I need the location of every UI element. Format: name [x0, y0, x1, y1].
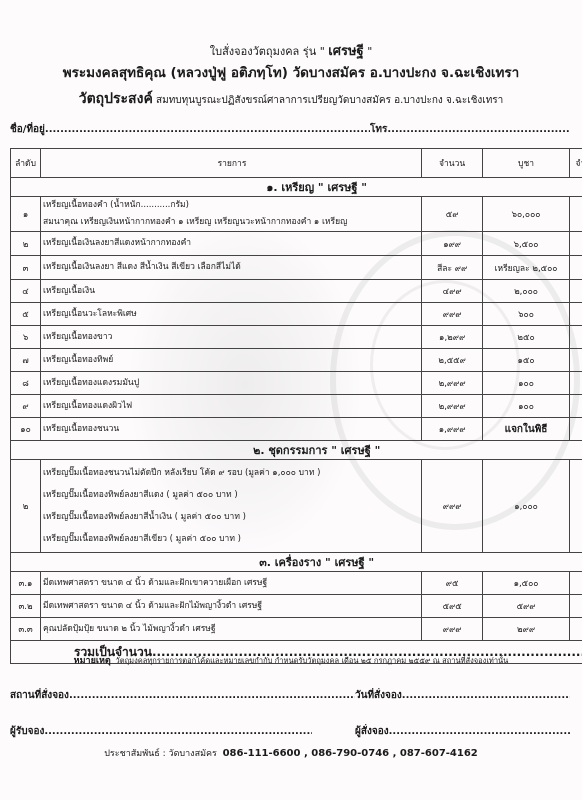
- table-row: ๒เหรียญเนื้อเงินลงยาสีแดงหน้ากากทองคำ๑๙๙…: [11, 232, 582, 256]
- quantity-available: ๒,๙๙๙: [421, 372, 482, 395]
- quantity-available: ๒,๕๕๙: [421, 349, 482, 372]
- item-line: มีดเทพศาสตรา ขนาด ๔ นิ้ว ด้ามและฝักเขาคว…: [43, 575, 421, 592]
- item-description: คุณปลัดปุ้มปุ้ย ขนาด ๒ นิ้ว ไม้พญางิ้วดำ…: [41, 618, 422, 641]
- item-line: มีดเทพศาสตรา ขนาด ๔ นิ้ว ด้ามและฝักไม้พญ…: [43, 598, 421, 615]
- order-quantity-cell[interactable]: [569, 572, 582, 595]
- receiver-field[interactable]: ผู้รับจอง...............................…: [10, 724, 312, 739]
- table-row: ๘เหรียญเนื้อทองแดงรมมันปู๒,๙๙๙๑๐๐: [11, 372, 582, 395]
- purpose-text: สมทบทุนบูรณะปฏิสังขรณ์ศาลาการเปรียญวัดบา…: [156, 95, 503, 106]
- row-number: ๖: [11, 326, 41, 349]
- col-header-quantity-available: จำนวน: [421, 149, 482, 178]
- quantity-available: ๑,๒๙๙: [421, 326, 482, 349]
- price: ๑๐๐: [483, 395, 570, 418]
- item-description: มีดเทพศาสตรา ขนาด ๔ นิ้ว ด้ามและฝักไม้พญ…: [41, 595, 422, 618]
- col-header-price: บูชา: [483, 149, 570, 178]
- order-quantity-cell[interactable]: [569, 326, 582, 349]
- row-number: ๒: [11, 232, 41, 256]
- row-number: ๑๐: [11, 418, 41, 441]
- row-number: ๗: [11, 349, 41, 372]
- contact-line: ประชาสัมพันธ์ : วัดบางสมัคร 086-111-6600…: [0, 746, 582, 760]
- order-date-field[interactable]: วันที่สั่งจอง...........................…: [355, 688, 570, 703]
- table-row: ๑เหรียญเนื้อทองคำ (น้ำหนัก...........กรั…: [11, 197, 582, 232]
- price: ๑๕๐: [483, 349, 570, 372]
- series-name: เศรษฐี: [328, 44, 363, 59]
- dotted-line: ........................................…: [387, 124, 570, 135]
- order-place-field[interactable]: สถานที่สั่งจอง..........................…: [10, 688, 355, 703]
- quantity-available: ๙๙๙: [421, 460, 482, 553]
- table-row: ๗เหรียญเนื้อทองทิพย์๒,๕๕๙๑๕๐: [11, 349, 582, 372]
- item-description: เหรียญเนื้อเงิน: [41, 280, 422, 303]
- quantity-available: ๒,๙๙๙: [421, 395, 482, 418]
- item-line: คุณปลัดปุ้มปุ้ย ขนาด ๒ นิ้ว ไม้พญางิ้วดำ…: [43, 621, 421, 638]
- price: ๒,๐๐๐: [483, 280, 570, 303]
- section-row: ๒. ชุดกรรมการ " เศรษฐี ": [11, 441, 582, 460]
- item-line: เหรียญปั๊มเนื้อทองทิพย์ลงยาสีน้ำเงิน ( ม…: [43, 506, 421, 528]
- order-quantity-cell[interactable]: [569, 418, 582, 441]
- section-row: ๑. เหรียญ " เศรษฐี ": [11, 178, 582, 197]
- item-description: เหรียญเนื้อทองคำ (น้ำหนัก...........กรัม…: [41, 197, 422, 232]
- order-quantity-cell[interactable]: [569, 595, 582, 618]
- quantity-available: สีละ ๙๙: [421, 256, 482, 280]
- order-quantity-cell[interactable]: [569, 372, 582, 395]
- dotted-line: ........................................…: [389, 726, 570, 737]
- item-line: เหรียญเนื้อทองขาว: [43, 329, 421, 346]
- item-line: เหรียญเนื้อทองแดงรมมันปู: [43, 375, 421, 392]
- table-row: ๙เหรียญเนื้อทองแดงผิวไฟ๒,๙๙๙๑๐๐: [11, 395, 582, 418]
- quantity-available: ๕๙๕: [421, 595, 482, 618]
- row-number: ๘: [11, 372, 41, 395]
- price: ๖๐,๐๐๐: [483, 197, 570, 232]
- price: ๑,๐๐๐: [483, 460, 570, 553]
- order-quantity-cell[interactable]: [569, 280, 582, 303]
- item-description: เหรียญเนื้อทองทิพย์: [41, 349, 422, 372]
- item-line: เหรียญเนื้อทองทิพย์: [43, 352, 421, 369]
- row-number: ๓.๓: [11, 618, 41, 641]
- col-header-order-quantity: จำนวน: [569, 149, 582, 178]
- item-description: เหรียญเนื้อทองแดงรมมันปู: [41, 372, 422, 395]
- item-description: เหรียญเนื้อเงินลงยาสีแดงหน้ากากทองคำ: [41, 232, 422, 256]
- section-title: ๑. เหรียญ " เศรษฐี ": [11, 178, 582, 197]
- order-quantity-cell[interactable]: [569, 303, 582, 326]
- quantity-available: ๙๕: [421, 572, 482, 595]
- item-line: สมนาคุณ เหรียญเงินหน้ากากทองคำ ๑ เหรียญ …: [43, 214, 421, 231]
- col-header-item: รายการ: [41, 149, 422, 178]
- row-number: ๔: [11, 280, 41, 303]
- table-row: ๑๐เหรียญเนื้อทองชนวน๑,๙๙๙แจกในพิธี: [11, 418, 582, 441]
- item-line: เหรียญเนื้อทองชนวน: [43, 421, 421, 438]
- name-address-label: ชื่อ/ที่อยู่: [10, 124, 45, 135]
- price: ๑,๕๐๐: [483, 572, 570, 595]
- price: ๒๕๐: [483, 326, 570, 349]
- price: ๒๙๙: [483, 618, 570, 641]
- price: แจกในพิธี: [483, 418, 570, 441]
- table-row: ๓.๑มีดเทพศาสตรา ขนาด ๔ นิ้ว ด้ามและฝักเข…: [11, 572, 582, 595]
- row-number: ๑: [11, 197, 41, 232]
- table-row: ๓.๒มีดเทพศาสตรา ขนาด ๔ นิ้ว ด้ามและฝักไม…: [11, 595, 582, 618]
- row-number: ๕: [11, 303, 41, 326]
- table-row: ๓เหรียญเนื้อเงินลงยา สีแดง สีน้ำเงิน สีเ…: [11, 256, 582, 280]
- quantity-available: ๑๙๙: [421, 232, 482, 256]
- remark: หมายเหตุ วัตถุมงคลทุกรายการตอกโค้ดและหมา…: [0, 653, 582, 667]
- item-line: เหรียญปั๊มเนื้อทองชนวนไม่ตัดปีก หลังเรีย…: [43, 462, 421, 484]
- item-description: เหรียญเนื้อทองแดงผิวไฟ: [41, 395, 422, 418]
- price: ๖๐๐: [483, 303, 570, 326]
- remark-label: หมายเหตุ: [74, 656, 111, 666]
- price: เหรียญละ ๒,๕๐๐: [483, 256, 570, 280]
- form-title: ใบสั่งจองวัตถุมงคล รุ่น " เศรษฐี ": [0, 40, 582, 61]
- item-line: เหรียญปั๊มเนื้อทองทิพย์ลงยาสีแดง ( มูลค่…: [43, 484, 421, 506]
- section-title: ๒. ชุดกรรมการ " เศรษฐี ": [11, 441, 582, 460]
- contact-label: ประชาสัมพันธ์ : วัดบางสมัคร: [104, 749, 217, 759]
- order-table: ลำดับ รายการ จำนวน บูชา จำนวน เป็นเงิน ๑…: [10, 148, 582, 664]
- row-number: ๓: [11, 256, 41, 280]
- quantity-available: ๙๙๙: [421, 618, 482, 641]
- item-description: เหรียญเนื้อทองขาว: [41, 326, 422, 349]
- table-row: ๕เหรียญเนื้อนวะโลหะพิเศษ๙๙๙๖๐๐: [11, 303, 582, 326]
- phone-label: โทร: [370, 124, 387, 135]
- phone-field[interactable]: โทร.....................................…: [370, 122, 570, 137]
- row-number: ๙: [11, 395, 41, 418]
- order-quantity-cell[interactable]: [569, 197, 582, 232]
- purpose-line: วัตถุประสงค์ สมทบทุนบูรณะปฏิสังขรณ์ศาลาก…: [0, 88, 582, 110]
- order-quantity-cell[interactable]: [569, 618, 582, 641]
- orderer-label: ผู้สั่งจอง: [355, 726, 389, 737]
- col-header-no: ลำดับ: [11, 149, 41, 178]
- contact-phones: 086-111-6600 , 086-790-0746 , 087-607-41…: [223, 748, 478, 759]
- quantity-available: ๕๙: [421, 197, 482, 232]
- item-line: เหรียญเนื้อเงิน: [43, 283, 421, 300]
- purpose-label: วัตถุประสงค์: [79, 91, 153, 107]
- item-line: เหรียญเนื้อเงินลงยา สีแดง สีน้ำเงิน สีเข…: [43, 259, 421, 276]
- row-number: ๓.๑: [11, 572, 41, 595]
- receiver-label: ผู้รับจอง: [10, 726, 44, 737]
- order-place-label: สถานที่สั่งจอง: [10, 690, 69, 701]
- table-row: ๓.๓คุณปลัดปุ้มปุ้ย ขนาด ๒ นิ้ว ไม้พญางิ้…: [11, 618, 582, 641]
- item-line: เหรียญเนื้อเงินลงยาสีแดงหน้ากากทองคำ: [43, 235, 421, 252]
- item-line: เหรียญปั๊มเนื้อทองทิพย์ลงยาสีเขียว ( มูล…: [43, 528, 421, 550]
- dotted-line: ........................................…: [402, 690, 570, 701]
- order-quantity-cell[interactable]: [569, 256, 582, 280]
- section-title: ๓. เครื่องราง " เศรษฐี ": [11, 553, 582, 572]
- item-line: เหรียญเนื้อทองคำ (น้ำหนัก...........กรัม…: [43, 197, 421, 214]
- row-number: ๒: [11, 460, 41, 553]
- quantity-available: ๙๙๙: [421, 303, 482, 326]
- row-number: ๓.๒: [11, 595, 41, 618]
- monk-temple-heading: พระมงคลสุทธิคุณ (หลวงปู่ฟู อติภทฺโท) วัด…: [0, 61, 582, 83]
- dotted-line: ........................................…: [44, 726, 312, 737]
- quantity-available: ๔๙๙: [421, 280, 482, 303]
- form-title-suffix: ": [367, 45, 372, 58]
- remark-text: วัตถุมงคลทุกรายการตอกโค้ดและหมายเลขกำกับ…: [116, 656, 509, 665]
- order-quantity-cell[interactable]: [569, 395, 582, 418]
- price: ๑๐๐: [483, 372, 570, 395]
- order-date-label: วันที่สั่งจอง: [355, 690, 402, 701]
- form-title-prefix: ใบสั่งจองวัตถุมงคล รุ่น ": [210, 45, 325, 58]
- name-address-field[interactable]: ชื่อ/ที่อยู่............................…: [10, 122, 370, 137]
- table-row: ๖เหรียญเนื้อทองขาว๑,๒๙๙๒๕๐: [11, 326, 582, 349]
- orderer-field[interactable]: ผู้สั่งจอง..............................…: [355, 724, 570, 739]
- table-row: ๔เหรียญเนื้อเงิน๔๙๙๒,๐๐๐: [11, 280, 582, 303]
- dotted-line: ........................................…: [69, 690, 355, 701]
- item-line: เหรียญเนื้อนวะโลหะพิเศษ: [43, 306, 421, 323]
- price: ๕๙๙: [483, 595, 570, 618]
- item-description: มีดเทพศาสตรา ขนาด ๔ นิ้ว ด้ามและฝักเขาคว…: [41, 572, 422, 595]
- dotted-line: ........................................…: [45, 124, 370, 135]
- item-description: เหรียญเนื้อนวะโลหะพิเศษ: [41, 303, 422, 326]
- item-line: เหรียญเนื้อทองแดงผิวไฟ: [43, 398, 421, 415]
- section-row: ๓. เครื่องราง " เศรษฐี ": [11, 553, 582, 572]
- table-header-row: ลำดับ รายการ จำนวน บูชา จำนวน เป็นเงิน: [11, 149, 582, 178]
- order-quantity-cell[interactable]: [569, 232, 582, 256]
- quantity-available: ๑,๙๙๙: [421, 418, 482, 441]
- item-description: เหรียญเนื้อเงินลงยา สีแดง สีน้ำเงิน สีเข…: [41, 256, 422, 280]
- table-row: ๒เหรียญปั๊มเนื้อทองชนวนไม่ตัดปีก หลังเรี…: [11, 460, 582, 553]
- order-quantity-cell[interactable]: [569, 349, 582, 372]
- item-description: เหรียญปั๊มเนื้อทองชนวนไม่ตัดปีก หลังเรีย…: [41, 460, 422, 553]
- order-quantity-cell[interactable]: [569, 460, 582, 553]
- price: ๖,๕๐๐: [483, 232, 570, 256]
- item-description: เหรียญเนื้อทองชนวน: [41, 418, 422, 441]
